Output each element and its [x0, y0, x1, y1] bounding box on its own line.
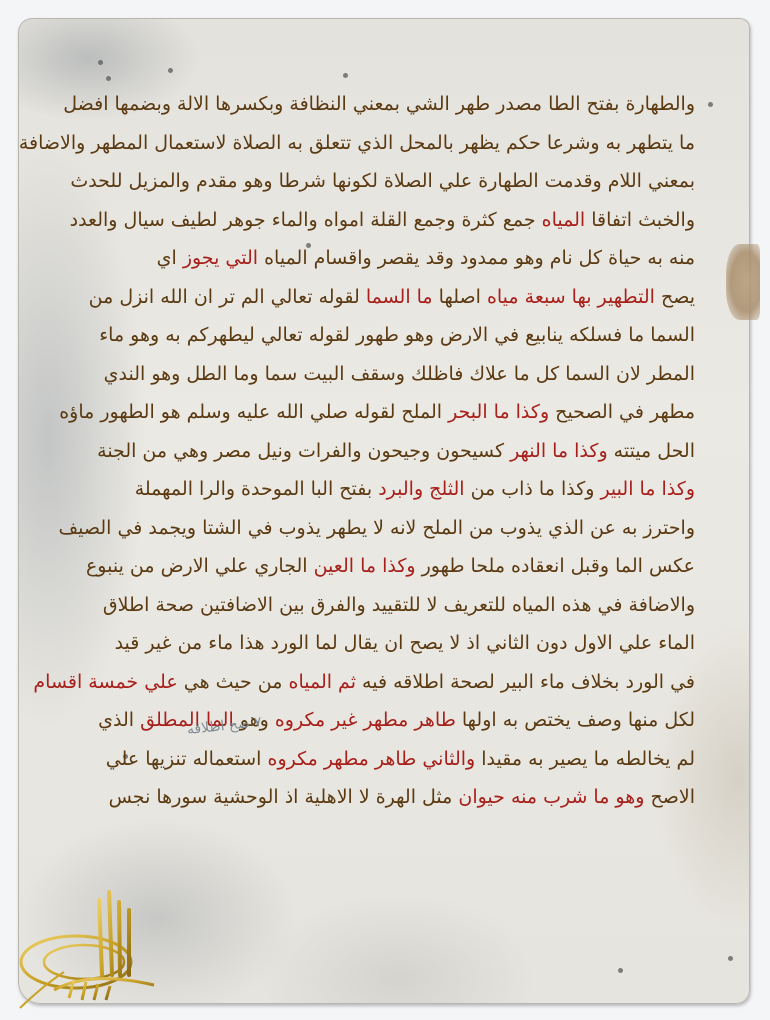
manuscript-line: الحل ميتته وكذا ما النهر كسيحون وجيحون و… [95, 432, 695, 471]
wormhole [708, 102, 713, 107]
body-text: مطهر في الصحيح [549, 401, 695, 423]
manuscript-line: السما ما فسلكه ينابيع في الارض وهو طهور … [95, 316, 695, 355]
wormhole [618, 968, 623, 973]
body-text: منه به حياة كل نام وهو ممدود وقد يقصر وا… [258, 247, 695, 269]
body-text: الجاري علي الارض من ينبوع [86, 555, 314, 577]
body-text: المطر لان السما كل ما علاك فاظلك وسقف ال… [104, 363, 695, 385]
rubric-text: وكذا ما البحر [448, 401, 549, 423]
rubric-text: ما السما [366, 286, 433, 308]
manuscript-line: لم يخالطه ما يصير به مقيدا والثاني طاهر … [95, 740, 695, 779]
manuscript-line: منه به حياة كل نام وهو ممدود وقد يقصر وا… [95, 239, 695, 278]
manuscript-line: الماء علي الاول دون الثاني اذ لا يصح ان … [95, 624, 695, 663]
rubric-text: وكذا ما النهر [510, 440, 608, 462]
manuscript-line: وكذا ما البير وكذا ما ذاب من الثلج والبر… [95, 470, 695, 509]
body-text: من حيث هي [178, 671, 289, 693]
manuscript-line: في الورد بخلاف ماء البير لصحة اطلاقه فيه… [95, 663, 695, 702]
manuscript-line: مطهر في الصحيح وكذا ما البحر الملح لقوله… [95, 393, 695, 432]
wormhole [343, 73, 348, 78]
water-stain [726, 244, 760, 320]
manuscript-text: والطهارة بفتح الطا مصدر طهر الشي بمعني ا… [95, 85, 695, 817]
manuscript-line: الاصح وهو ما شرب منه حيوان مثل الهرة لا … [95, 778, 695, 817]
rubric-text: علي خمسة اقسام [33, 671, 177, 693]
body-text: اصلها [433, 286, 487, 308]
body-text: في الورد بخلاف ماء البير لصحة اطلاقه فيه [356, 671, 695, 693]
body-text: يصح [655, 286, 695, 308]
manuscript-line: المطر لان السما كل ما علاك فاظلك وسقف ال… [95, 355, 695, 394]
wormhole [728, 956, 733, 961]
body-text: لقوله تعالي الم تر ان الله انزل من [89, 286, 366, 308]
wormhole [168, 68, 173, 73]
library-seal-icon [14, 880, 164, 1010]
rubric-text: طاهر مطهر مكروه [268, 748, 417, 770]
body-text: والطهارة بفتح الطا مصدر طهر الشي بمعني ا… [63, 93, 695, 115]
manuscript-line: بمعني اللام وقدمت الطهارة علي الصلاة لكو… [95, 162, 695, 201]
body-text: اي [157, 247, 183, 269]
body-text: والاضافة في هذه المياه للتعريف لا للتقيي… [103, 594, 695, 616]
body-text: والخبث اتفاقا [585, 209, 695, 231]
body-text: ما يتطهر به وشرعا حكم يظهر بالمحل الذي ت… [19, 132, 695, 154]
rubric-text: ثم المياه [288, 671, 356, 693]
manuscript-line: عكس الما وقبل انعقاده ملحا طهور وكذا ما … [95, 547, 695, 586]
manuscript-line: والاضافة في هذه المياه للتعريف لا للتقيي… [95, 586, 695, 625]
rubric-text: المياه [542, 209, 586, 231]
body-text: بفتح البا الموحدة والرا المهملة [135, 478, 379, 500]
body-text: بمعني اللام وقدمت الطهارة علي الصلاة لكو… [70, 170, 695, 192]
body-text: الحل ميتته [608, 440, 695, 462]
body-text: السما ما فسلكه ينابيع في الارض وهو طهور … [99, 324, 695, 346]
rubric-text: طاهر مطهر غير مكروه [275, 709, 456, 731]
rubric-text: الثلج والبرد [378, 478, 464, 500]
body-text: وكذا ما ذاب من [465, 478, 601, 500]
manuscript-line: والخبث اتفاقا المياه جمع كثرة وجمع القلة… [95, 201, 695, 240]
manuscript-line: يصح التطهير بها سبعة مياه اصلها ما السما… [95, 278, 695, 317]
body-text: كسيحون وجيحون والفرات ونيل مصر وهي من ال… [97, 440, 510, 462]
rubric-text: التي يجوز [183, 247, 258, 269]
manuscript-line: واحترز به عن الذي يذوب من الملح لانه لا … [95, 509, 695, 548]
body-text: عكس الما وقبل انعقاده ملحا طهور [416, 555, 695, 577]
body-text: الاصح [644, 786, 695, 808]
body-text: واحترز به عن الذي يذوب من الملح لانه لا … [58, 517, 695, 539]
body-text: الماء علي الاول دون الثاني اذ لا يصح ان … [115, 632, 695, 654]
rubric-text: وكذا ما البير [600, 478, 695, 500]
body-text: الملح لقوله صلي الله عليه وسلم هو الطهور… [59, 401, 448, 423]
rubric-text: والثاني [422, 748, 475, 770]
rubric-text: التطهير بها سبعة مياه [487, 286, 655, 308]
rubric-text: وهو ما شرب منه حيوان [458, 786, 644, 808]
body-text: جمع كثرة وجمع القلة امواه والماء جوهر لط… [70, 209, 542, 231]
rubric-text: وكذا ما العين [314, 555, 416, 577]
wormhole [98, 60, 103, 65]
manuscript-line: ما يتطهر به وشرعا حكم يظهر بالمحل الذي ت… [95, 124, 695, 163]
body-text: لكل منها وصف يختص به اولها [456, 709, 695, 731]
body-text: لم يخالطه ما يصير به مقيدا [475, 748, 695, 770]
body-text: استعماله تنزيها علي [106, 748, 268, 770]
manuscript-line: والطهارة بفتح الطا مصدر طهر الشي بمعني ا… [95, 85, 695, 124]
wormhole [106, 76, 111, 81]
body-text: مثل الهرة لا الاهلية اذ الوحشية سورها نج… [109, 786, 459, 808]
